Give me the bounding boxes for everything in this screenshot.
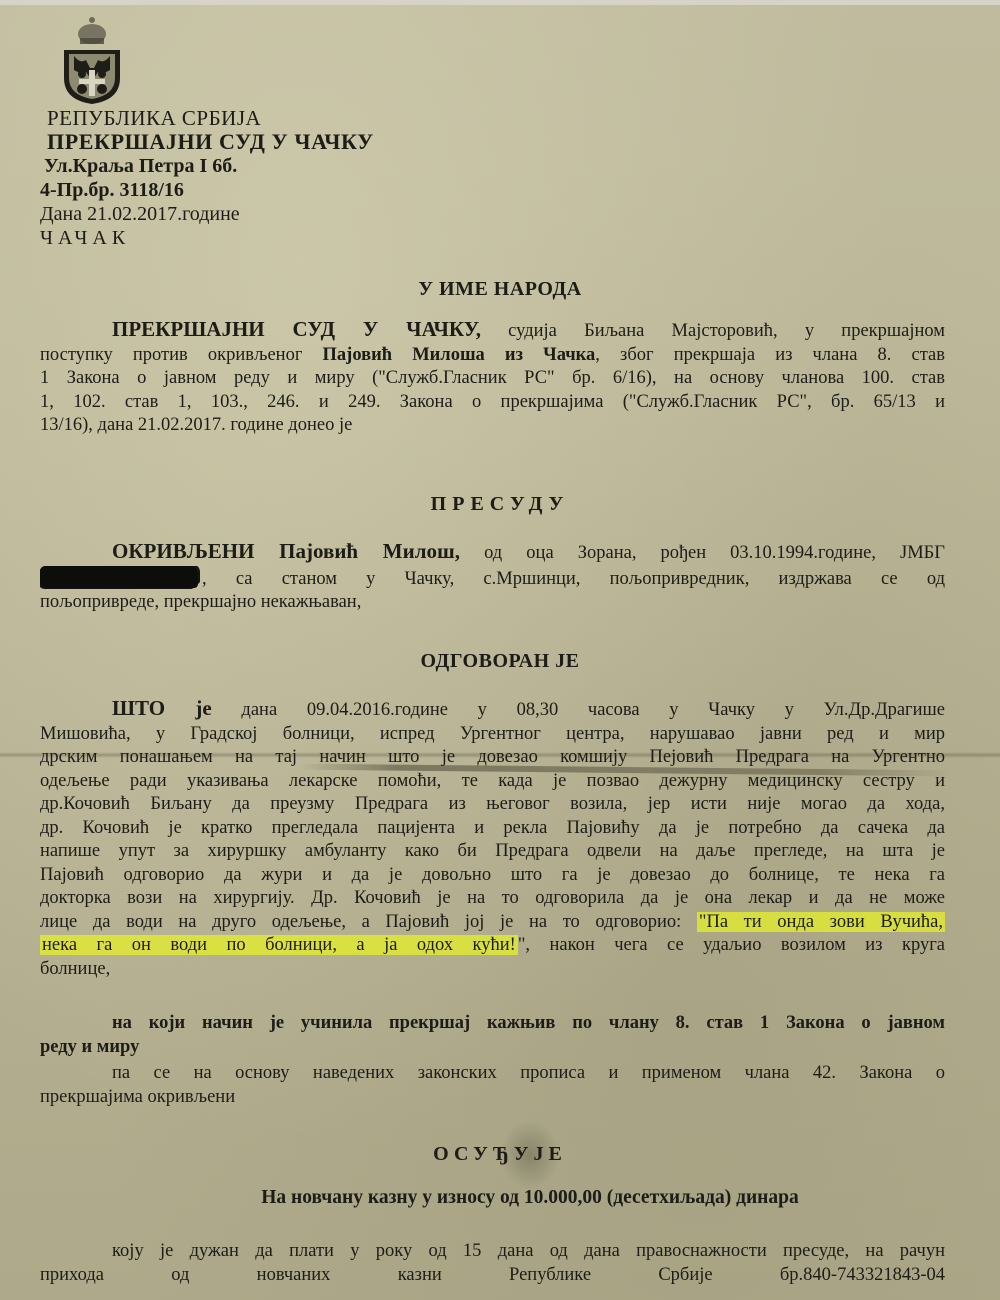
title-verdict: ПРЕСУДУ (0, 493, 1000, 516)
court-name-bold: ПРЕКРШАЈНИ СУД У ЧАЧКУ, (112, 318, 481, 341)
paragraph-line: лице да води на друго одељење, а Пајовић… (40, 911, 945, 935)
paragraph-line: болнице, (40, 958, 945, 982)
defendant-paragraph: ОКРИВЉЕНИ Пајовић Милош, од оца Зорана, … (40, 540, 945, 615)
line-text: од оца Зорана, рођен 03.10.1994.године, … (460, 543, 945, 563)
document-date: Дана 21.02.2017.године (40, 202, 374, 226)
paragraph-line: 13/16), дана 21.02.2017. године донео је (40, 414, 945, 438)
court-name: ПРЕКРШАЈНИ СУД У ЧАЧКУ (40, 130, 374, 154)
line-text: дана 09.04.2016.године у 08,30 часова у … (212, 700, 945, 720)
paragraph-line: докторка вози на хирургију. Др. Кочовић … (40, 887, 945, 911)
paragraph-line: коју је дужан да плати у року од 15 дана… (40, 1240, 945, 1264)
paragraph-line: напише упут за хируршку амбуланту како б… (40, 840, 945, 864)
title-sentence: ОСУЂУЈЕ (0, 1143, 1000, 1166)
highlighted-quote: нека га он води по болници, а ја одох ку… (40, 935, 518, 955)
line-text: , због прекршаја из члана 8. став (595, 345, 945, 365)
paragraph-line: Мишовића, у Градској болници, испред Ург… (40, 723, 945, 747)
line-text: поступку против окривљеног (40, 345, 323, 365)
intro-paragraph: ПРЕКРШАЈНИ СУД У ЧАЧКУ, судија Биљана Ма… (40, 318, 945, 438)
paragraph-line: ОКРИВЉЕНИ Пајовић Милош, од оца Зорана, … (40, 540, 945, 566)
paragraph-line: па се на основу наведених законских проп… (40, 1062, 945, 1086)
document-city: ЧАЧАК (40, 226, 374, 250)
paragraph-line: ПРЕКРШАЈНИ СУД У ЧАЧКУ, судија Биљана Ма… (40, 318, 945, 344)
paragraph-line: реду и миру (40, 1036, 945, 1060)
document-header: РЕПУБЛИКА СРБИЈА ПРЕКРШАЈНИ СУД У ЧАЧКУ … (40, 106, 374, 250)
paragraph-line: пољопривреде, прекршајно некажњаван, (40, 591, 945, 615)
scan-top-edge (0, 0, 1000, 5)
paragraph-line: Пајовић одговорио да жури и да је довољн… (40, 864, 945, 888)
paragraph-line: прекршајима окривљени (40, 1086, 945, 1110)
defendant-bold: ОКРИВЉЕНИ Пајовић Милош, (112, 540, 460, 563)
paragraph-line: дрским понашањем на тај начин што је дов… (40, 746, 945, 770)
title-liable: ОДГОВОРАН ЈЕ (0, 650, 1000, 673)
paragraph-line: , са станом у Чачку, с.Мршинци, пољоприв… (40, 566, 945, 592)
republic-name: РЕПУБЛИКА СРБИЈА (40, 106, 374, 130)
defendant-name-bold: Пајовић Милоша из Чачка (323, 345, 596, 365)
paragraph-line: поступку против окривљеног Пајовић Милош… (40, 344, 945, 368)
paragraph-line: др. Кочовић је кратко прегледала пацијен… (40, 817, 945, 841)
line-text: лице да води на друго одељење, а Пајовић… (40, 912, 697, 932)
paragraph-line: др.Кочовић Биљану да преузму Предрага из… (40, 793, 945, 817)
fine-amount-line: На новчану казну у износу од 10.000,00 (… (0, 1187, 1000, 1209)
line-text: ", након чега се удаљио возилом из круга (518, 935, 945, 955)
court-address: Ул.Краља Петра I 6б. (40, 154, 374, 178)
paragraph-line: нека га он води по болници, а ја одох ку… (40, 934, 945, 958)
line-text: , са станом у Чачку, с.Мршинци, пољоприв… (202, 569, 945, 589)
offense-paragraph: на који начин је учинила прекршај кажњив… (40, 1012, 945, 1059)
serbia-coat-of-arms-icon (60, 12, 124, 106)
paragraph-line: на који начин је учинила прекршај кажњив… (40, 1012, 945, 1036)
facts-paragraph: ШТО је дана 09.04.2016.године у 08,30 ча… (40, 697, 945, 981)
line-text: судија Биљана Мајсторовић, у прекршајном (481, 321, 945, 341)
title-in-name-of-people: У ИМЕ НАРОДА (0, 278, 1000, 301)
court-verdict-page: РЕПУБЛИКА СРБИЈА ПРЕКРШАЈНИ СУД У ЧАЧКУ … (0, 0, 1000, 1300)
highlighted-quote: "Па ти онда зови Вучића, (697, 912, 945, 932)
paragraph-line: 1, 102. став 1, 103., 246. и 249. Закона… (40, 391, 945, 415)
paragraph-line: ШТО је дана 09.04.2016.године у 08,30 ча… (40, 697, 945, 723)
redacted-jmbg (40, 566, 198, 588)
facts-bold-lead: ШТО је (112, 697, 212, 720)
case-number: 4-Пр.бр. 3118/16 (40, 178, 374, 202)
paragraph-line: одељење ради указивања лекарске помоћи, … (40, 770, 945, 794)
paragraph-line: 1 Закона о јавном реду и миру ("Служб.Гл… (40, 367, 945, 391)
paragraph-line: прихода од новчаних казни Републике Срби… (40, 1264, 945, 1288)
payment-paragraph: коју је дужан да плати у року од 15 дана… (40, 1240, 945, 1287)
basis-paragraph: па се на основу наведених законских проп… (40, 1062, 945, 1109)
